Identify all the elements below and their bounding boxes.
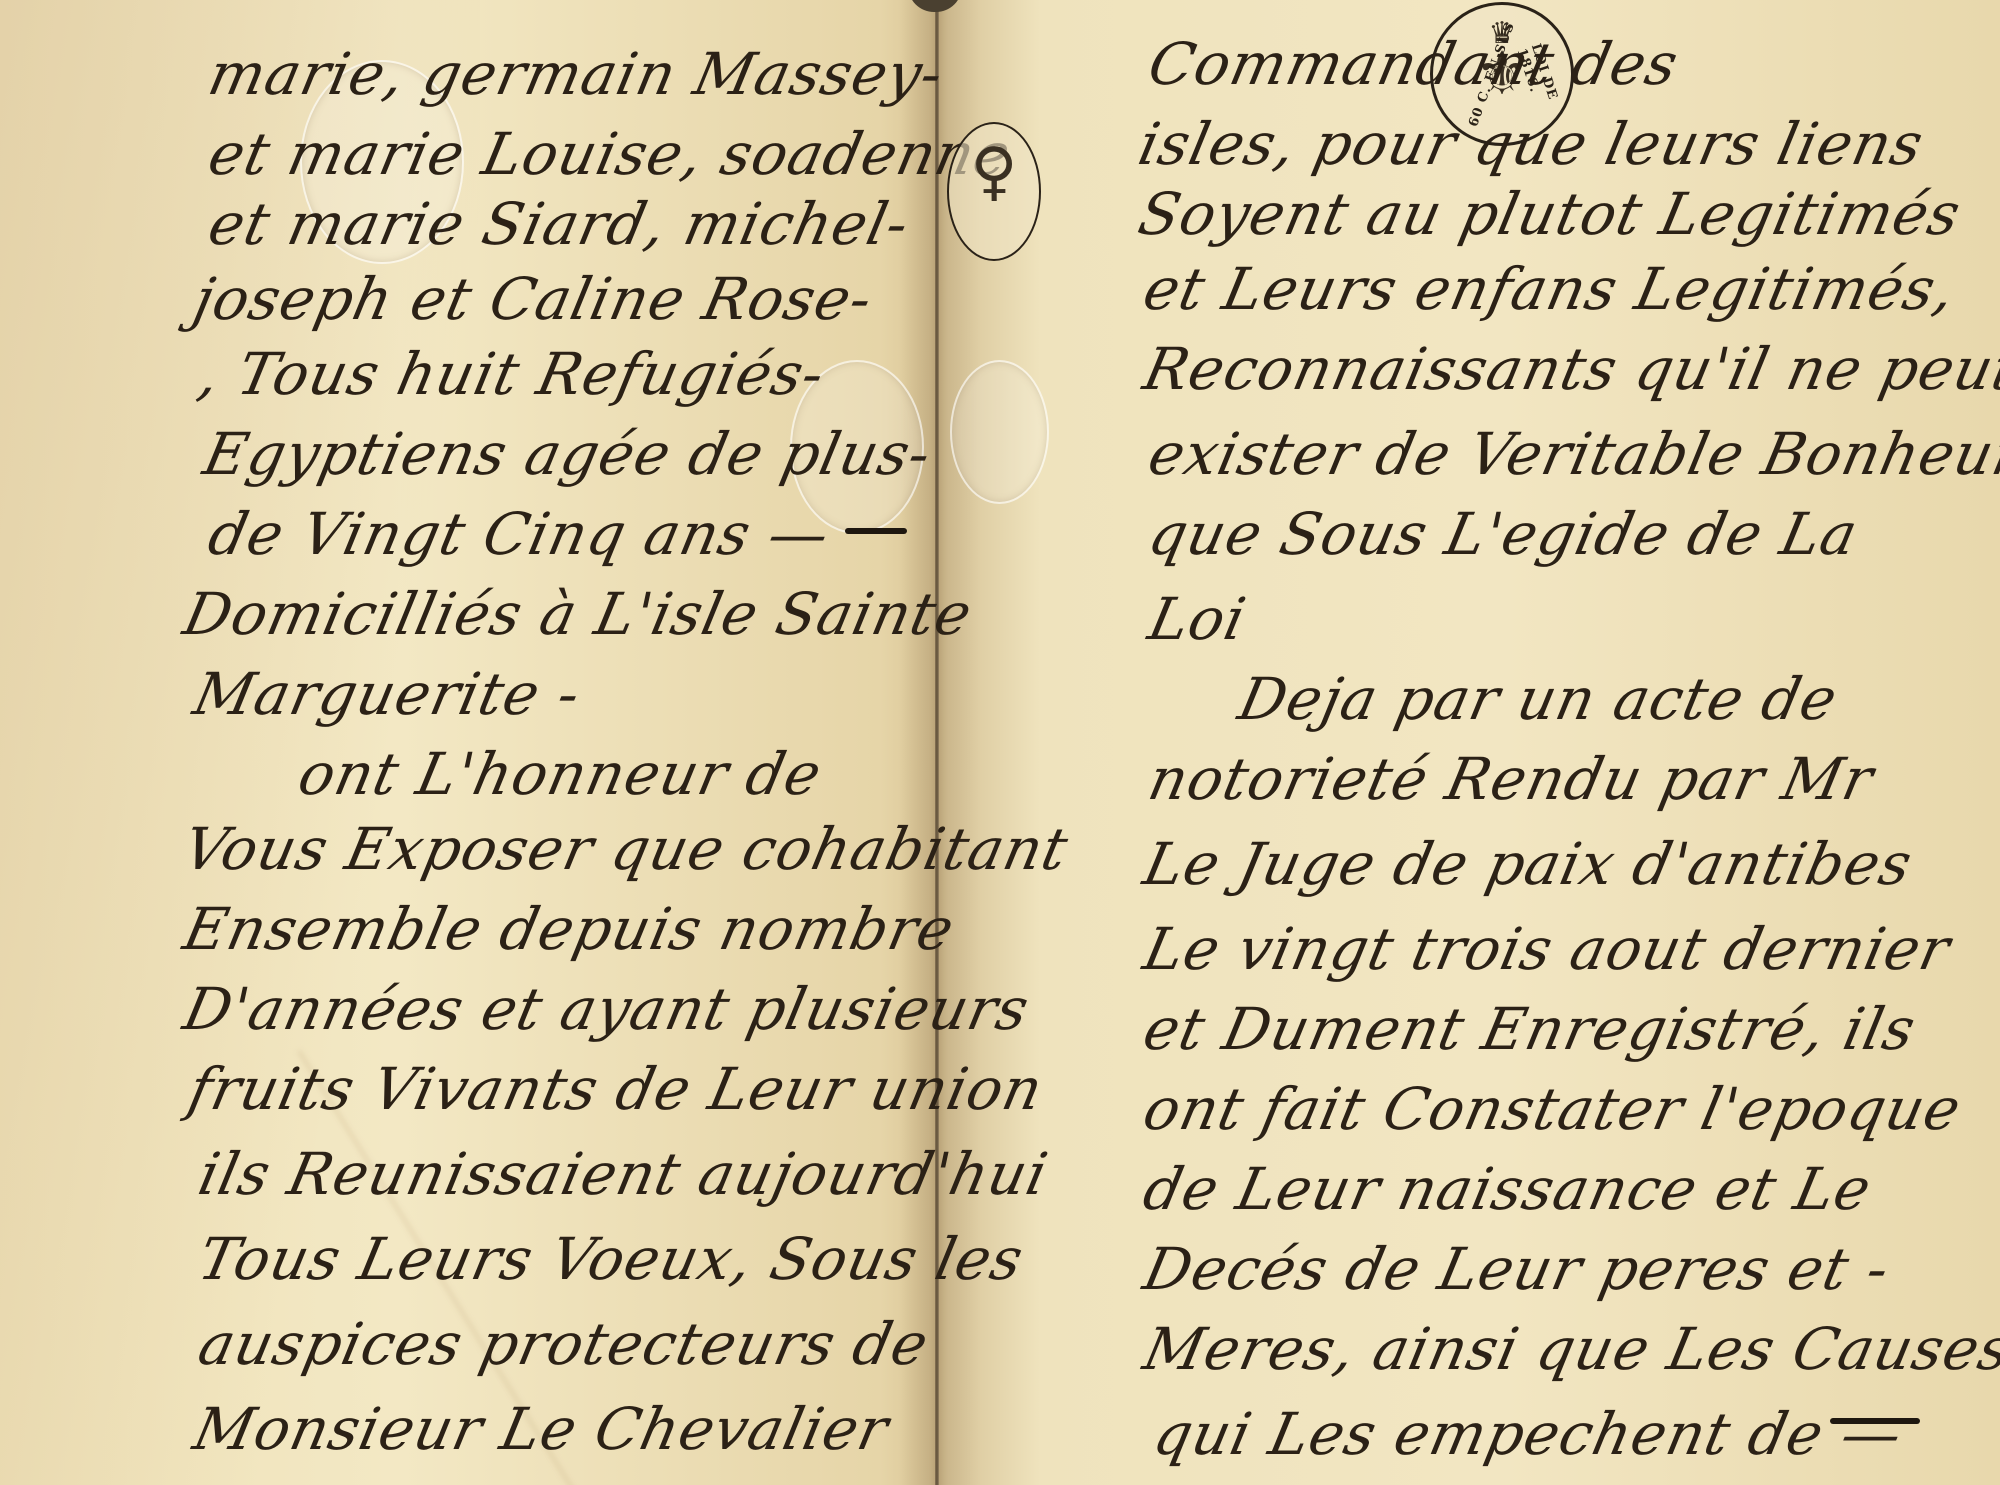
manuscript-line: que Sous L'egide de La xyxy=(1143,500,1864,568)
line-filler-dash xyxy=(1830,1418,1920,1424)
manuscript-line: et Dument Enregistré, ils xyxy=(1138,995,1922,1063)
line-filler-dash xyxy=(845,528,907,534)
manuscript-line: Reconnaissants qu'il ne peut xyxy=(1138,335,2000,403)
manuscript-line: Le vingt trois aout dernier xyxy=(1138,915,1957,983)
manuscript-line: Meres, ainsi que Les Causes xyxy=(1138,1315,2000,1383)
manuscript-line: isles, pour que leurs liens xyxy=(1133,110,1930,178)
manuscript-line: Marguerite - xyxy=(188,660,587,728)
manuscript-line: Domicilliés à L'isle Sainte xyxy=(178,580,979,648)
manuscript-line: Ensemble depuis nombre xyxy=(178,895,961,963)
manuscript-line: et marie Louise, soadenne xyxy=(203,120,1017,188)
manuscript-line: Loi xyxy=(1143,585,1252,653)
manuscript-line: Decés de Leur peres et - xyxy=(1138,1235,1896,1303)
manuscript-line: de Leur naissance et Le xyxy=(1138,1155,1878,1223)
manuscript-line: Soyent au plutot Legitimés xyxy=(1133,180,1967,248)
manuscript-line: D'années et ayant plusieurs xyxy=(178,975,1036,1043)
manuscript-line: et Leurs enfans Legitimés, xyxy=(1138,255,1962,323)
manuscript-line: joseph et Caline Rose- xyxy=(188,265,879,333)
manuscript-line: Tous Leurs Voeux, Sous les xyxy=(193,1225,1030,1293)
manuscript-line: fruits Vivants de Leur union xyxy=(183,1055,1049,1123)
manuscript-line: , Tous huit Refugiés- xyxy=(193,340,831,408)
manuscript-line: Monsieur Le Chevalier xyxy=(188,1395,895,1463)
manuscript-line: ont fait Constater l'epoque xyxy=(1138,1075,1968,1143)
manuscript-line: Commandant des xyxy=(1143,30,1685,98)
manuscript-line: ont L'honneur de xyxy=(293,740,828,808)
manuscript-line: Deja par un acte de xyxy=(1233,665,1844,733)
manuscript-line: notorieté Rendu par Mr xyxy=(1143,745,1880,813)
allegorical-figure-icon: ♀ xyxy=(971,140,1018,204)
right-page: ♀ ♛ ⚜ 60 C. EN SUS LOI DE 1816. Commanda… xyxy=(940,0,2000,1485)
blind-embossed-seal xyxy=(950,360,1049,504)
manuscript-line: auspices protecteurs de xyxy=(193,1310,935,1378)
manuscript-line: marie, germain Massey- xyxy=(203,40,950,108)
figure-seal: ♀ xyxy=(947,122,1041,261)
manuscript-line: exister de Veritable Bonheur xyxy=(1143,420,2000,488)
manuscript-line: de Vingt Cinq ans — xyxy=(203,500,836,568)
manuscript-line: Le Juge de paix d'antibes xyxy=(1138,830,1919,898)
manuscript-line: ils Reunissaient aujourd'hui xyxy=(193,1140,1054,1208)
manuscript-line: Egyptiens agée de plus- xyxy=(198,420,938,488)
left-page: marie, germain Massey- et marie Louise, … xyxy=(0,0,935,1485)
manuscript-spread: marie, germain Massey- et marie Louise, … xyxy=(0,0,2000,1485)
manuscript-line: et marie Siard, michel- xyxy=(203,190,916,258)
manuscript-line: qui Les empechent de — xyxy=(1148,1400,1909,1468)
